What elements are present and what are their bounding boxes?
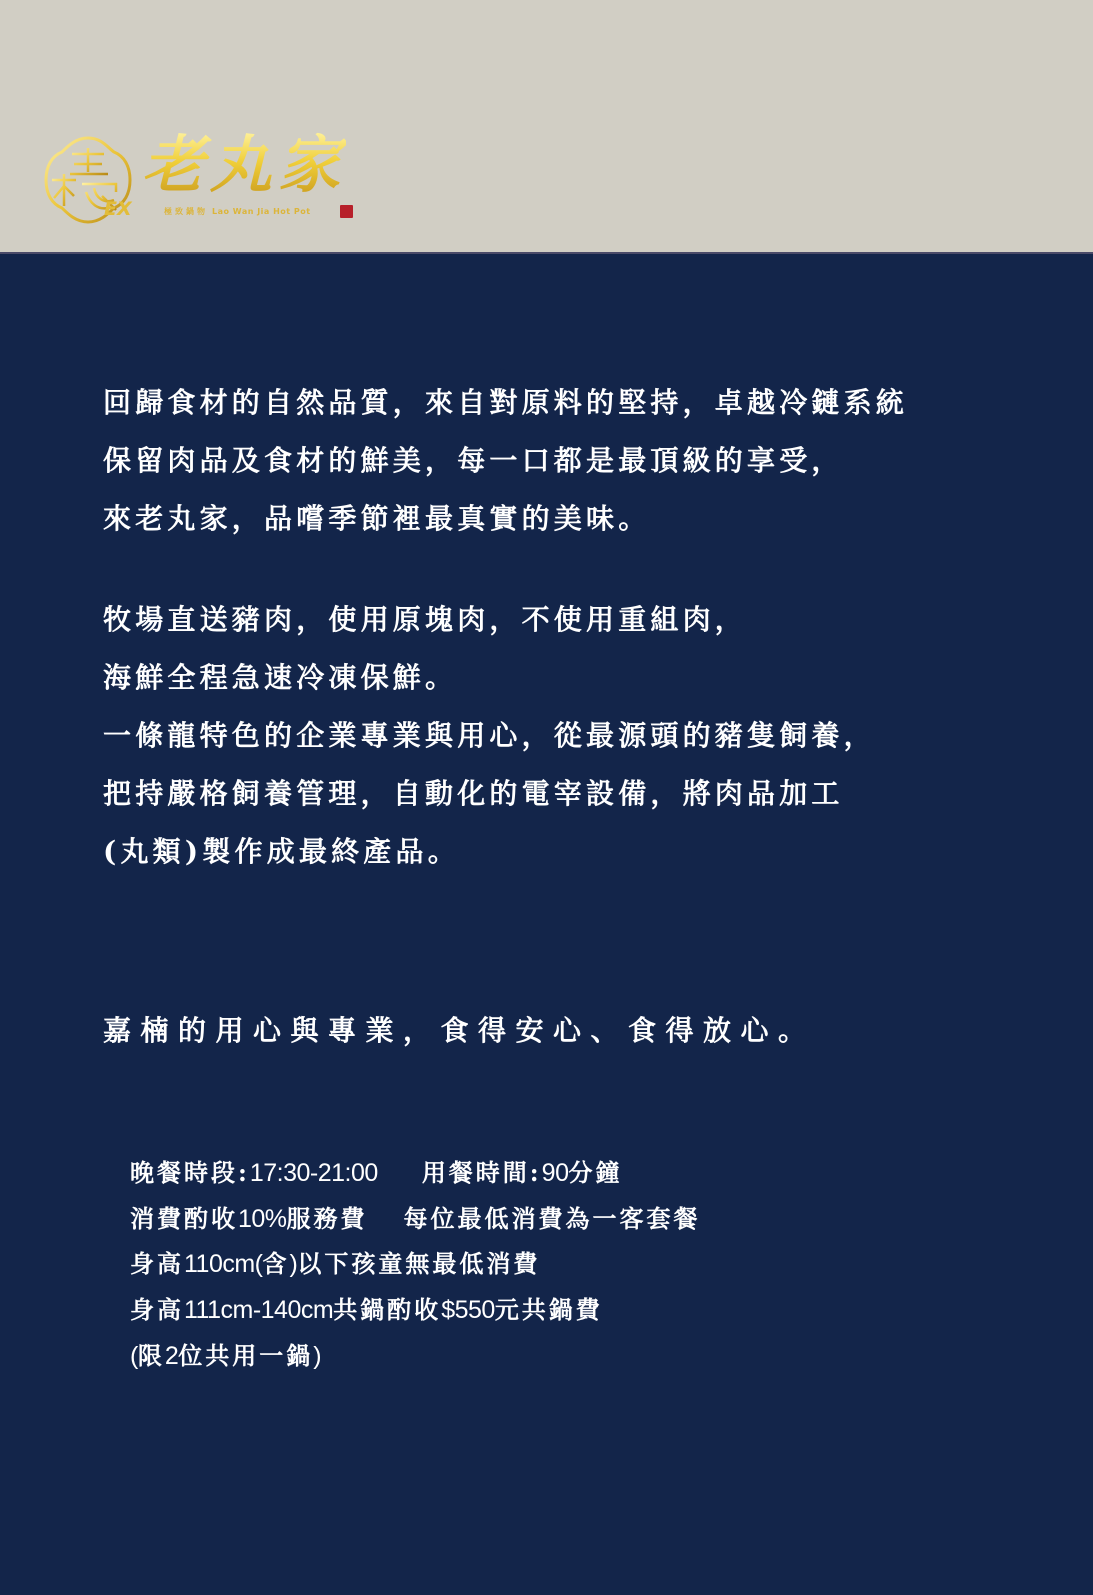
brand-logo: EX 老丸家 極致鍋物Lao Wan Jia Hot Pot — [42, 130, 372, 230]
hours-row: 晚餐時段:17:30-21:00用餐時間:90分鐘 — [130, 1150, 701, 1196]
sourcing-line: 把持嚴格飼養管理，自動化的電宰設備，將肉品加工 — [103, 765, 876, 823]
intro-line: 保留肉品及食材的鮮美，每一口都是最頂級的享受， — [103, 432, 908, 490]
brand-subtitle-en: Lao Wan Jia Hot Pot — [212, 207, 311, 216]
dining-duration-label: 用餐時間: — [422, 1158, 542, 1187]
note-limit: 限 — [138, 1341, 165, 1370]
shared-pot-suffix: 元共鍋費 — [495, 1295, 603, 1324]
brand-subtitle: 極致鍋物Lao Wan Jia Hot Pot — [164, 206, 311, 217]
header-divider — [0, 252, 1093, 254]
red-seal-icon — [340, 205, 353, 218]
note-count: 2 — [165, 1342, 178, 1370]
dinner-time: 17:30-21:00 — [250, 1159, 378, 1187]
tagline: 嘉楠的用心與專業，食得安心、食得放心。 — [103, 1003, 816, 1059]
shared-pot-price: $550 — [441, 1296, 495, 1324]
shared-pot-mid: 共鍋酌收 — [333, 1295, 441, 1324]
dining-duration-value: 90 — [542, 1159, 569, 1187]
sourcing-line: 一條龍特色的企業專業與用心，從最源頭的豬隻飼養， — [103, 707, 876, 765]
logo-ex-mark: EX — [104, 198, 132, 220]
dining-info: 晚餐時段:17:30-21:00用餐時間:90分鐘 消費酌收10%服務費每位最低… — [130, 1150, 701, 1378]
shared-pot-label: 身高 — [130, 1295, 184, 1324]
service-suffix: 服務費 — [287, 1204, 368, 1233]
child-height-value: 110cm( — [184, 1250, 263, 1278]
service-label: 消費酌收 — [130, 1204, 238, 1233]
sourcing-line: 海鮮全程急速冷凍保鮮。 — [103, 649, 876, 707]
intro-line: 來老丸家，品嚐季節裡最真實的美味。 — [103, 490, 908, 548]
child-rule-row: 身高110cm(含)以下孩童無最低消費 — [130, 1241, 701, 1287]
sourcing-line: (丸類)製作成最終產品。 — [103, 823, 876, 881]
sourcing-paragraph: 牧場直送豬肉，使用原塊肉，不使用重組肉， 海鮮全程急速冷凍保鮮。 一條龍特色的企… — [103, 591, 876, 881]
note-open-paren: ( — [130, 1342, 138, 1370]
dining-duration-unit: 分鐘 — [568, 1158, 622, 1187]
sourcing-line: 牧場直送豬肉，使用原塊肉，不使用重組肉， — [103, 591, 876, 649]
child-height-inclusive: 含 — [263, 1249, 290, 1278]
child-rule-text: 以下孩童無最低消費 — [297, 1249, 540, 1278]
shared-pot-row: 身高111cm-140cm共鍋酌收$550元共鍋費 — [130, 1287, 701, 1333]
header-banner: EX 老丸家 極致鍋物Lao Wan Jia Hot Pot — [0, 0, 1093, 252]
intro-line: 回歸食材的自然品質，來自對原料的堅持，卓越冷鏈系統 — [103, 374, 908, 432]
dinner-label: 晚餐時段: — [130, 1158, 250, 1187]
service-row: 消費酌收10%服務費每位最低消費為一客套餐 — [130, 1196, 701, 1242]
child-height-label: 身高 — [130, 1249, 184, 1278]
brand-subtitle-cn: 極致鍋物 — [164, 207, 208, 216]
intro-paragraph: 回歸食材的自然品質，來自對原料的堅持，卓越冷鏈系統 保留肉品及食材的鮮美，每一口… — [103, 374, 908, 548]
note-text: 位共用一鍋 — [178, 1341, 313, 1370]
service-percent: 10% — [238, 1205, 287, 1233]
minimum-spend: 每位最低消費為一客套餐 — [404, 1204, 701, 1233]
shared-pot-height: 111cm-140cm — [184, 1296, 333, 1324]
brand-name: 老丸家 — [142, 130, 346, 200]
shared-pot-note-row: (限2位共用一鍋) — [130, 1333, 701, 1379]
note-close-paren: ) — [313, 1342, 321, 1370]
